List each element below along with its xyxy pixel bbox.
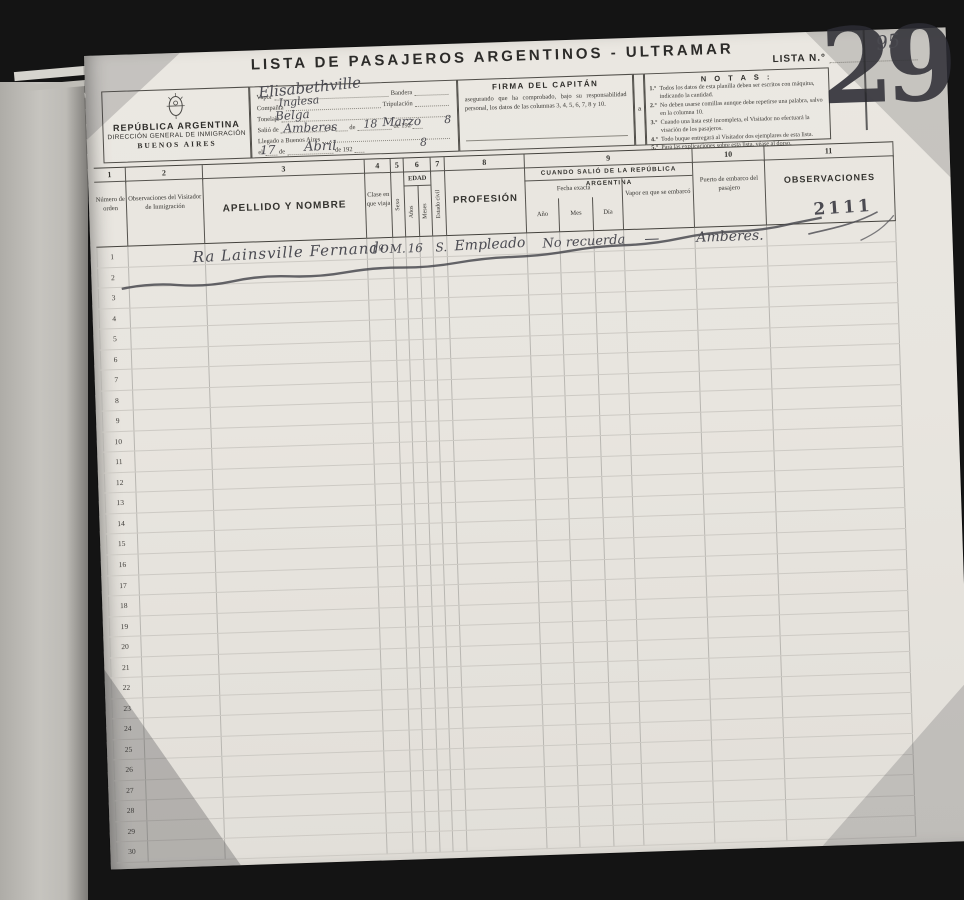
passenger-table: 1 2 3 4 5 6 7 8 9 10 11 Número de orden …	[94, 141, 917, 863]
column-header-clase: Clase en que viaja	[364, 173, 392, 239]
arrival-day-handwriting: 17	[260, 143, 276, 157]
previous-page-edge	[0, 82, 88, 900]
row-number: 21	[110, 657, 142, 678]
notas-box: N O T A S : 1.°Todos los datos de esta p…	[644, 67, 831, 145]
row-number: 13	[105, 493, 137, 514]
row-number: 8	[101, 390, 133, 411]
column-header-profesion: PROFESIÓN	[444, 168, 526, 236]
ledger-photo: LISTA DE PASAJEROS ARGENTINOS - ULTRAMAR…	[0, 0, 964, 900]
row-number: 7	[100, 370, 132, 391]
row-number: 23	[111, 698, 143, 719]
page-title: LISTA DE PASAJEROS ARGENTINOS - ULTRAMAR	[192, 39, 792, 76]
llegado-de-label: de	[279, 148, 285, 155]
row-number: 4	[98, 308, 130, 329]
row-number: 20	[109, 637, 141, 658]
row-number: 17	[107, 575, 139, 596]
tripulacion-label: Tripulación	[383, 100, 413, 108]
column-header-edad: EDAD	[403, 172, 430, 187]
ledger-page: LISTA DE PASAJEROS ARGENTINOS - ULTRAMAR…	[84, 27, 964, 869]
row-number: 9	[102, 411, 134, 432]
departure-month-handwriting: Marzo	[382, 114, 421, 129]
llegado-year-prefix: de 192	[335, 146, 353, 154]
bandera-line	[414, 87, 448, 96]
bandera-label: Bandera	[391, 89, 413, 97]
row-number: 11	[103, 452, 135, 473]
llegado-year-line	[354, 145, 364, 153]
row-number: 18	[108, 596, 140, 617]
row-number: 22	[111, 678, 143, 699]
nota-number: 2.°	[650, 103, 661, 119]
row-number: 5	[99, 329, 131, 350]
row-number: 27	[114, 780, 146, 801]
column-header-puerto: Puerto de embarco del pasajero	[692, 161, 766, 228]
agency-box: REPÚBLICA ARGENTINA DIRECCIÓN GENERAL DE…	[101, 87, 251, 164]
row-number: 14	[105, 513, 137, 534]
row-number: 16	[107, 554, 139, 575]
row-number: 10	[102, 431, 134, 452]
row-number: 12	[104, 472, 136, 493]
table-body: 1234567891011121314151617181920212223242…	[96, 221, 916, 863]
salio-label: Salió de	[257, 127, 278, 135]
row-number: 30	[116, 842, 148, 863]
lista-number-value: 95	[875, 30, 902, 55]
column-header-apellido: APELLIDO Y NOMBRE	[202, 174, 366, 244]
row-number: 15	[106, 534, 138, 555]
captain-signature-box: FIRMA DEL CAPITÁN asegurando que ha comp…	[457, 74, 635, 152]
lista-number-label: LISTA N.°	[772, 52, 826, 65]
arrival-month-handwriting: Abril	[304, 139, 337, 155]
registry-stamp: 2111	[813, 196, 874, 220]
ship-form-box: VaporBandera CompañíaTripulación Tonelaj…	[249, 80, 459, 159]
nota-number: 3.°	[650, 120, 661, 136]
row-number: 6	[100, 349, 132, 370]
row-number: 25	[113, 739, 145, 760]
row-number: 29	[115, 821, 147, 842]
column-header-vapor-embarco: Vapor en que se embarcó	[621, 176, 694, 230]
tripulacion-line	[415, 98, 449, 107]
row-number: 26	[113, 760, 145, 781]
argentina-coat-of-arms-icon	[163, 92, 188, 121]
nota-number: 4.°	[651, 136, 661, 144]
row-number: 24	[112, 719, 144, 740]
arrival-year-handwriting: 8	[420, 136, 427, 149]
departure-day-handwriting: 18	[363, 117, 377, 130]
row-number: 28	[115, 801, 147, 822]
captain-signature-text: asegurando que ha comprobado, bajo su re…	[465, 90, 628, 114]
column-header-orden: Número de orden	[94, 182, 127, 248]
departure-year-handwriting: 8	[444, 113, 451, 126]
departure-port-handwriting: Amberes	[283, 120, 337, 136]
signature-line	[466, 135, 628, 141]
row-number: 19	[109, 616, 141, 637]
column-header-observaciones-visitador: Observaciones del Visitador de Inmigraci…	[125, 179, 204, 247]
page-number-stamp: 29	[819, 1, 952, 128]
salio-de-label: de	[349, 124, 355, 131]
nota-number: 1.°	[649, 86, 660, 102]
